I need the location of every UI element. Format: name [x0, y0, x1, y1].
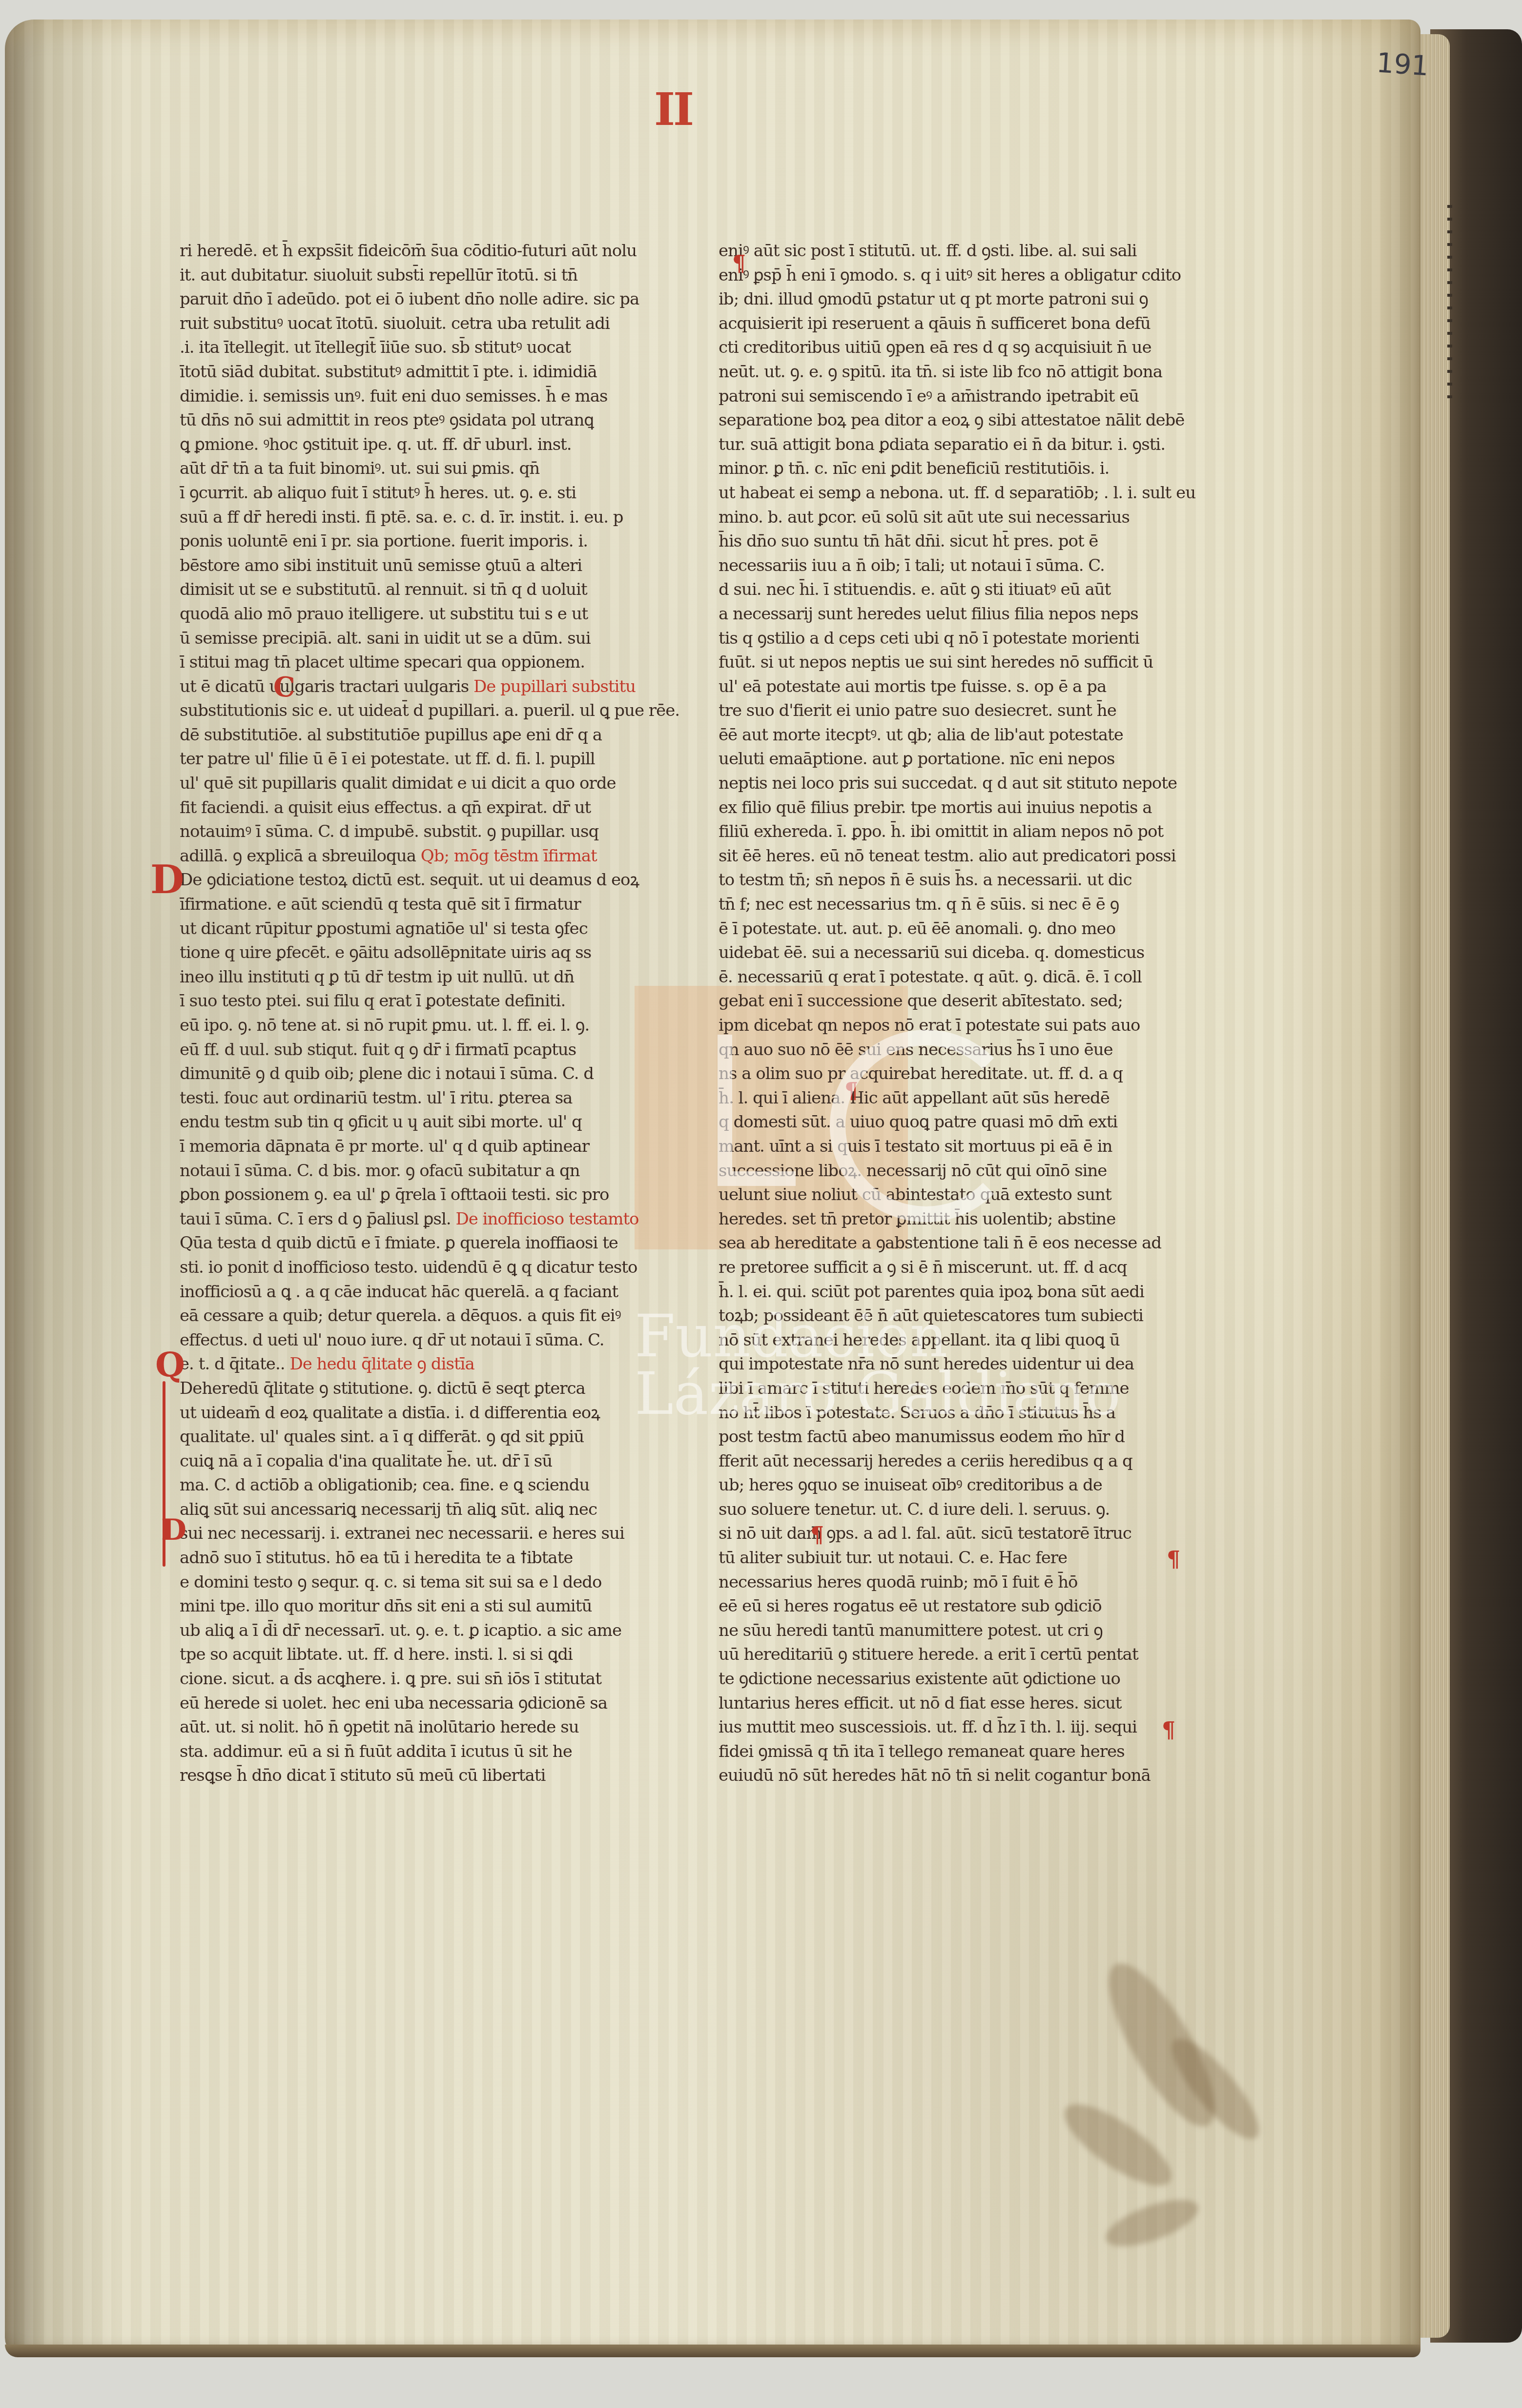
text-line: ē. necessariū q erat ī potestate. q aūt.…	[719, 965, 1221, 990]
text-line: ē ī potestate. ut. aut. p. eū ēē anomali…	[719, 917, 1221, 941]
text-line: notauimꝰ ī sūma. C. d impubē. substit. ꝯ…	[180, 820, 682, 844]
text-line: notaui ī sūma. C. d bis. mor. ꝯ ofacū su…	[180, 1159, 682, 1184]
text-line: sea ab hereditate a ꝯabstentione tali n̄…	[719, 1231, 1221, 1256]
text-column-left: ri heredē. et h̄ expss̄it fideicōm̄ s̄ua…	[180, 239, 682, 1788]
text-line: si nō uit dam̄ ꝯps. a ad l. fal. aūt. si…	[719, 1522, 1221, 1546]
text-line: e. t. d q̄itate.. De hedu q̄litate ꝯ dis…	[180, 1352, 682, 1377]
rubric-heading: De inofficioso testamto	[455, 1209, 638, 1229]
text-line: ū semisse precipiā. alt. sani in uidit u…	[180, 627, 682, 651]
text-line: testi. fouc aut ordinariū testm. ul' ī r…	[180, 1086, 682, 1111]
watermark-logo-l-icon	[718, 1035, 796, 1186]
text-line: qui impotestate nr̄a nō sunt heredes uid…	[719, 1352, 1221, 1377]
text-line: neūt. ut. ꝯ. e. ꝯ spitū. ita tn̄. si ist…	[719, 360, 1221, 385]
text-line: ut ē dicatū uulgaris tractari uulgaris D…	[180, 675, 682, 699]
text-line: .i. ita ītellegit. ut ītellegit̄ īiūe su…	[180, 336, 682, 360]
text-line: post testm factū abeo manumissus eodem m…	[719, 1425, 1221, 1449]
text-line: ius muttit meo suscessiois. ut. ff. d h̄…	[719, 1715, 1221, 1740]
text-line: ponis uoluntē eni ī pr. sia portione. fu…	[180, 530, 682, 554]
text-line: ri heredē. et h̄ expss̄it fideicōm̄ s̄ua…	[180, 239, 682, 264]
text-line: ut dicant rūpitur ꝑpostumi agnatiōe ul' …	[180, 917, 682, 941]
text-line: separatione boꝝ pea ditor a eoꝝ ꝯ sibi a…	[719, 408, 1221, 433]
text-line: dimisit ut se e substitutū. al rennuit. …	[180, 578, 682, 602]
text-line: fidei ꝯmissā q tn̄ ita ī tellego remanea…	[719, 1740, 1221, 1764]
text-line: eā cessare a quib; detur querela. a dēqu…	[180, 1304, 682, 1328]
text-line: it. aut dubitatur. siuoluit subst̄i repe…	[180, 264, 682, 288]
text-line: fit faciendi. a quisit eius effectus. a …	[180, 796, 682, 820]
text-line: te ꝯdictione necessarius existente aūt ꝯ…	[719, 1667, 1221, 1692]
text-line: aūt dr̄ tn̄ a ta fuit binomiꝰ. ut. sui s…	[180, 457, 682, 481]
text-line: endu testm sub tin q ꝯficit u ɥ auit sib…	[180, 1110, 682, 1135]
text-line: cti creditoribus uitiū ꝯpen eā res d q s…	[719, 336, 1221, 360]
text-line: patroni sui semiscendo ī eꝰ a am̄istrand…	[719, 385, 1221, 409]
text-line: tur. suā attigit bona ꝑdiata separatio e…	[719, 433, 1221, 457]
red-paragraph-mark: ¶	[810, 1523, 824, 1548]
text-line: sta. addimur. eū a si n̄ fuūt addita ī i…	[180, 1740, 682, 1764]
text-line: eniꝰ ꝑsp̄ h̄ eni ī ꝯmodo. s. q i uitꝰ si…	[719, 264, 1221, 288]
text-line: ī ꝯcurrit. ab aliquo fuit ī stitutꝰ h̄ h…	[180, 481, 682, 506]
text-line: sui nec necessarij. i. extranei nec nece…	[180, 1522, 682, 1546]
red-initial-q: Q	[155, 1345, 185, 1385]
red-initial-c: C	[273, 671, 295, 703]
text-line: eū ff. d uul. sub stiqut. fuit q ꝯ dr̄ i…	[180, 1038, 682, 1062]
text-line: tn̄ f; nec est necessarius tm. q n̄ ē sū…	[719, 893, 1221, 917]
text-line: ex filio quē filius prebir. tpe mortis a…	[719, 796, 1221, 820]
text-line: nō sūt extranei heredes appellant. ita q…	[719, 1328, 1221, 1353]
text-line: libi ī amarc ī stituti heredes eodem m̄o…	[719, 1377, 1221, 1401]
text-line: qualitate. ul' quales sint. a ī q differ…	[180, 1425, 682, 1449]
text-line: fferit aūt necessarij heredes a ceriis h…	[719, 1449, 1221, 1474]
text-line: eē eū si heres rogatus eē ut restatore s…	[719, 1594, 1221, 1619]
text-line: toꝝb; possideant ēē n̄ aūt quietescatore…	[719, 1304, 1221, 1328]
text-line: Deheredū q̄litate ꝯ stitutione. ꝯ. dictū…	[180, 1377, 682, 1401]
text-line: ītotū siād dubitat. substitutꝰ admittit …	[180, 360, 682, 385]
text-line: cuiꝗ nā a ī copalia d'ina qualitate h̄e.…	[180, 1449, 682, 1474]
text-line: necessariis iuu a n̄ oib; ī tali; ut not…	[719, 554, 1221, 578]
rubric-heading: De hedu q̄litate ꝯ distīa	[289, 1354, 474, 1374]
text-line: luntarius heres efficit. ut nō d fiat es…	[719, 1692, 1221, 1716]
text-line: sit ēē heres. eū nō teneat testm. alio a…	[719, 844, 1221, 869]
text-line: ueluti emaāptione. aut ꝑ portatione. nīc…	[719, 747, 1221, 772]
text-line: dē substitutiōe. al substitutiōe pupillu…	[180, 723, 682, 748]
text-line: De ꝯdiciatione testoꝝ dictū est. sequit.…	[180, 868, 682, 893]
text-line: ter patre ul' filie ū ē ī ei potestate. …	[180, 747, 682, 772]
text-line: h̄. l. ei. qui. sciūt pot parentes quia …	[719, 1280, 1221, 1305]
text-line: e domini testo ꝯ sequr. q. c. si tema si…	[180, 1571, 682, 1595]
red-initial-d: D	[150, 857, 184, 902]
text-line: euiudū nō sūt heredes hāt nō tn̄ si neli…	[719, 1764, 1221, 1788]
text-line: ul' eā potestate aui mortis tpe fuisse. …	[719, 675, 1221, 699]
text-line: tū aliter subiuit tur. ut notaui. C. e. …	[719, 1546, 1221, 1571]
text-line: ꝗ ꝑmione. ꝰhoc ꝯstituit ipe. q. ut. ff. …	[180, 433, 682, 457]
text-line: dimidie. i. semissis unꝰ. fuit eni duo s…	[180, 385, 682, 409]
text-line: dimunitē ꝯ d quib oib; ꝑlene dic i notau…	[180, 1062, 682, 1086]
text-line: paruit dn̄o ī adeūdo. pot ei ō iubent dn…	[180, 287, 682, 312]
red-paragraph-mark: ¶	[732, 251, 746, 276]
text-line: gebat eni ī successione que deserit abīt…	[719, 989, 1221, 1014]
text-line: ut habeat ei semꝑ a nebona. ut. ff. d se…	[719, 481, 1221, 506]
text-line: ī suo testo ptei. sui filu q erat ī ꝑote…	[180, 989, 682, 1014]
text-line: effectus. d ueti ul' nouo iure. q dr̄ ut…	[180, 1328, 682, 1353]
text-line: Qūa testa d quib dictū e ī fmiate. ꝑ que…	[180, 1231, 682, 1256]
text-line: ēē aut morte itecptꝰ. ut ꝗb; alia de lib…	[719, 723, 1221, 748]
text-line: uidebat ēē. sui a necessariū sui diceba.…	[719, 941, 1221, 965]
text-line: ī stitui mag tn̄ placet ultime specari q…	[180, 651, 682, 675]
text-line: uū hereditariū ꝯ stituere herede. a erit…	[719, 1643, 1221, 1667]
text-line: inofficiosū a ꝗ . a q cāe inducat hāc qu…	[180, 1280, 682, 1305]
text-line: ma. C. d actiōb a obligationib; cea. fin…	[180, 1473, 682, 1498]
red-paragraph-mark: ¶	[1162, 1718, 1175, 1743]
text-line: eniꝰ aūt sic post ī stitutū. ut. ff. d ꝯ…	[719, 239, 1221, 264]
text-line: filiū exhereda. ī. ꝑpo. h̄. ibi omittit …	[719, 820, 1221, 844]
folio-number: 191	[1376, 47, 1430, 82]
red-paragraph-mark: ¶	[1167, 1547, 1180, 1572]
text-line: taui ī sūma. C. ī ers d ꝯ p̄aliusl ꝑsl. …	[180, 1207, 682, 1232]
text-line: acquisierit ipi reseruent a qāuis n̄ suf…	[719, 312, 1221, 336]
text-line: īfirmatione. e aūt sciendū q testa quē s…	[180, 893, 682, 917]
rubric-heading: Qb; mōg tēstm īfirmat	[421, 846, 597, 866]
text-line: minor. ꝑ tn̄. c. nīc eni ꝑdit beneficiū …	[719, 457, 1221, 481]
text-line: ub; heres ꝯquo se inuiseat oībꝰ creditor…	[719, 1473, 1221, 1498]
text-line: tpe so acquit libtate. ut. ff. d here. i…	[180, 1643, 682, 1667]
text-line: ib; dni. illud ꝯmodū ꝑstatur ut q pt mor…	[719, 287, 1221, 312]
text-line: re pretoree sufficit a ꝯ si ē n̄ misceru…	[719, 1256, 1221, 1280]
text-line: sti. io ponit d inofficioso testo. uiden…	[180, 1256, 682, 1280]
text-line: eū herede si uolet. hec eni uba necessar…	[180, 1692, 682, 1716]
text-line: fuūt. si ut nepos neptis ue sui sint her…	[719, 651, 1221, 675]
text-line: d sui. nec h̄i. ī stituendis. e. aūt ꝯ s…	[719, 578, 1221, 602]
text-line: tis q ꝯstilio a d ceps ceti ubi q nō ī p…	[719, 627, 1221, 651]
text-line: cione. sicut. a d̄s acꝗhere. i. ꝗ pre. s…	[180, 1667, 682, 1692]
text-line: ruit substituꝰ uocat ītotū. siuoluit. ce…	[180, 312, 682, 336]
text-line: ul' quē sit pupillaris qualit dimidat e …	[180, 772, 682, 796]
text-line: neptis nei loco pris sui succedat. q d a…	[719, 772, 1221, 796]
text-line: bēstore amo sibi instituit unū semisse ꝯ…	[180, 554, 682, 578]
pricking-marks	[1447, 205, 1452, 400]
text-line: aliꝗ sūt sui ancessariꝗ necessarij tn̄ a…	[180, 1498, 682, 1522]
text-line: suū a ff dr̄ heredi insti. fi ptē. sa. e…	[180, 506, 682, 530]
text-line: a necessarij sunt heredes uelut filius f…	[719, 602, 1221, 627]
text-line: quodā alio mō prauo itelligere. ut subst…	[180, 602, 682, 627]
text-line: ineo illu instituti q ꝑ tū dr̄ testm ip …	[180, 965, 682, 990]
text-line: mini tpe. illo quo moritur dn̄s sit eni …	[180, 1594, 682, 1619]
running-head: II	[654, 83, 692, 136]
text-line: suo soluere tenetur. ut. C. d iure deli.…	[719, 1498, 1221, 1522]
text-line: resꝗse h̄ dn̄o dicat ī stituto sū meū cū…	[180, 1764, 682, 1788]
text-line: no ht̄ libos ī potestate. Seruos a dn̄o …	[719, 1401, 1221, 1426]
text-line: adnō suo ī stitutus. hō ea tū i heredita…	[180, 1546, 682, 1571]
text-line: to testm tn̄; sn̄ nepos n̄ ē suis h̄s. a…	[719, 868, 1221, 893]
text-line: ub aliꝗ a ī d̄i dr̄ necessarī. ut. ꝯ. e.…	[180, 1619, 682, 1643]
watermark-logo-c-icon	[830, 1030, 1022, 1222]
text-line: h̄is dn̄o suo suntu tn̄ hāt dn̄i. sicut …	[719, 530, 1221, 554]
text-line: tre suo d'fierit ei unio patre suo desie…	[719, 699, 1221, 723]
rubric-heading: De pupillari substitu	[473, 677, 636, 696]
text-line: ut uideam̄ d eoꝝ qualitate a distīa. i. …	[180, 1401, 682, 1426]
text-column-right: eniꝰ aūt sic post ī stitutū. ut. ff. d ꝯ…	[719, 239, 1221, 1788]
text-line: ne sūu heredi tantū manumittere potest. …	[719, 1619, 1221, 1643]
text-line: ī memoria dāpnata ē pr morte. ul' q d qu…	[180, 1135, 682, 1159]
text-line: tione q uire ꝑfecēt. e ꝯāitu adsollēpnit…	[180, 941, 682, 965]
text-line: adillā. ꝯ explicā a sbreuiloqua Qb; mōg …	[180, 844, 682, 869]
text-line: ꝑbon ꝑossionem ꝯ. ea ul' ꝑ q̄rela ī oftt…	[180, 1183, 682, 1207]
text-line: tū dn̄s nō sui admittit in reos pteꝰ ꝯsi…	[180, 408, 682, 433]
text-line: eū ipo. ꝯ. nō tene at. si nō rupit ꝑmu. …	[180, 1014, 682, 1038]
text-line: aūt. ut. si nolit. hō n̄ ꝯpetit nā inolū…	[180, 1715, 682, 1740]
text-line: substitutionis sic e. ut uideat̄ d pupil…	[180, 699, 682, 723]
text-line: necessarius heres quodā ruinb; mō ī fuit…	[719, 1571, 1221, 1595]
red-initial-d: D	[161, 1513, 186, 1547]
text-line: mino. b. aut ꝑcor. eū solū sit aūt ute s…	[719, 506, 1221, 530]
